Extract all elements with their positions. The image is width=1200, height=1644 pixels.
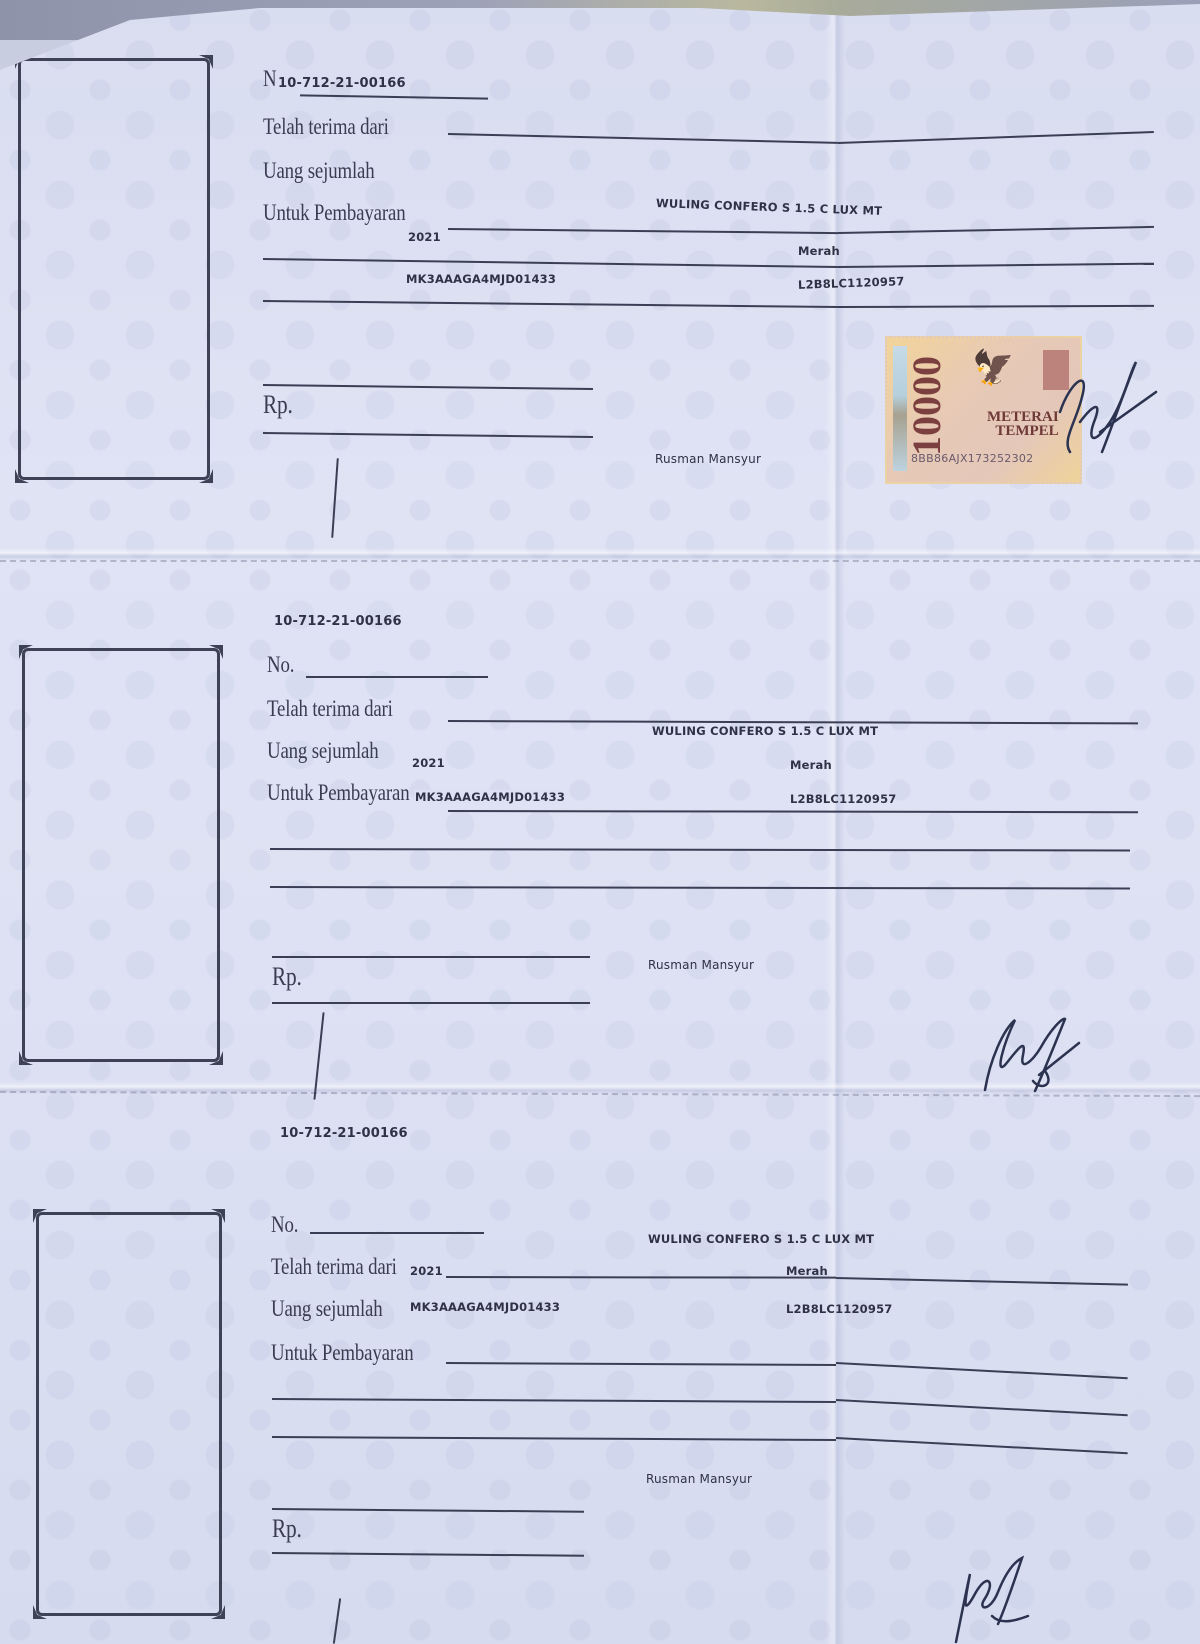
vehicle-color: Merah: [798, 244, 840, 258]
number-label: No.: [267, 652, 294, 678]
vehicle-color: Merah: [790, 758, 832, 772]
amount-in-words-label: Uang sejumlah: [267, 738, 379, 764]
payment-for-field-2[interactable]: [270, 848, 1130, 852]
amount-box-top-line: [272, 1508, 584, 1513]
payment-for-label: Untuk Pembayaran: [263, 200, 405, 226]
engine-number: L2B8LC1120957: [790, 792, 896, 806]
stub-frame: [18, 58, 210, 480]
payment-for-field-1[interactable]: [448, 810, 1138, 813]
payment-for-field-3-ext: [838, 305, 1154, 308]
payment-for-field-3[interactable]: [272, 1436, 836, 1441]
printed-receipt-number: 10-712-21-00166: [278, 76, 406, 91]
vehicle-model: WULING CONFERO S 1.5 C LUX MT: [652, 724, 878, 738]
signer-name: Rusman Mansyur: [655, 452, 761, 466]
printed-receipt-number: 10-712-21-00166: [280, 1126, 408, 1141]
received-from-field-ext: [838, 131, 1154, 144]
received-from-label: Telah terima dari: [267, 696, 393, 722]
payment-for-field-2[interactable]: [263, 258, 838, 268]
payment-for-field-1-ext: [836, 1362, 1128, 1379]
stub-frame: [36, 1212, 222, 1616]
payment-for-label: Untuk Pembayaran: [271, 1340, 413, 1366]
payment-for-field-1[interactable]: [448, 228, 838, 234]
pen-mark: [331, 458, 339, 538]
number-label: No.: [271, 1212, 298, 1238]
currency-label: Rp.: [272, 1514, 302, 1544]
engine-number: L2B8LC1120957: [786, 1302, 892, 1316]
received-from-label: Telah terima dari: [263, 114, 389, 140]
signature: [975, 1005, 1085, 1105]
vehicle-year: 2021: [408, 230, 441, 244]
vehicle-model: WULING CONFERO S 1.5 C LUX MT: [648, 1232, 874, 1246]
payment-for-label: Untuk Pembayaran: [267, 780, 409, 806]
number-field[interactable]: [310, 1232, 484, 1234]
signer-name: Rusman Mansyur: [648, 958, 754, 972]
vehicle-model: WULING CONFERO S 1.5 C LUX MT: [656, 196, 883, 218]
payment-for-field-3-ext: [836, 1437, 1128, 1454]
received-from-label: Telah terima dari: [271, 1254, 397, 1280]
payment-for-field-2-ext: [838, 263, 1154, 268]
garuda-emblem-icon: 🦅: [972, 348, 1012, 390]
amount-box-top-line: [263, 384, 593, 390]
number-field-line: [300, 94, 488, 99]
number-label: N: [263, 66, 276, 92]
currency-label: Rp.: [272, 962, 302, 992]
vehicle-year: 2021: [410, 1264, 443, 1278]
printed-receipt-number: 10-712-21-00166: [274, 614, 402, 629]
signature: [948, 1552, 1038, 1644]
vehicle-year: 2021: [412, 756, 445, 770]
amount-field[interactable]: [272, 1552, 584, 1557]
received-from-field-ext: [836, 1277, 1128, 1286]
payment-for-field-1-ext: [838, 226, 1154, 234]
engine-number: L2B8LC1120957: [798, 274, 905, 292]
signer-name: Rusman Mansyur: [646, 1472, 752, 1486]
amount-in-words-label: Uang sejumlah: [263, 158, 375, 184]
chassis-number: MK3AAAGA4MJD01433: [410, 1300, 560, 1314]
signature: [1040, 352, 1160, 472]
stamp-value: 10000: [907, 350, 947, 462]
payment-for-field-1[interactable]: [446, 1362, 836, 1366]
received-from-field[interactable]: [446, 1276, 836, 1279]
amount-field[interactable]: [272, 1002, 590, 1004]
payment-for-field-3[interactable]: [270, 886, 1130, 890]
stub-frame: [22, 648, 220, 1062]
chassis-number: MK3AAAGA4MJD01433: [406, 272, 556, 286]
paper-fold-horizontal: [0, 548, 1200, 560]
received-from-field[interactable]: [448, 133, 838, 144]
amount-in-words-label: Uang sejumlah: [271, 1296, 383, 1322]
receipt-sheet: N 10-712-21-00166 Telah terima dari Uang…: [0, 0, 1200, 1644]
pen-mark: [333, 1598, 341, 1644]
payment-for-field-2-ext: [836, 1399, 1128, 1416]
amount-field[interactable]: [263, 432, 593, 438]
payment-for-field-2[interactable]: [272, 1398, 836, 1403]
number-field[interactable]: [306, 676, 488, 678]
amount-box-top-line: [272, 956, 590, 958]
perforation-line: [0, 560, 1200, 562]
payment-for-field-3[interactable]: [263, 300, 838, 308]
stamp-serial: 8BB86AJX173252302: [911, 452, 1033, 465]
chassis-number: MK3AAAGA4MJD01433: [414, 790, 566, 804]
currency-label: Rp.: [263, 390, 293, 420]
